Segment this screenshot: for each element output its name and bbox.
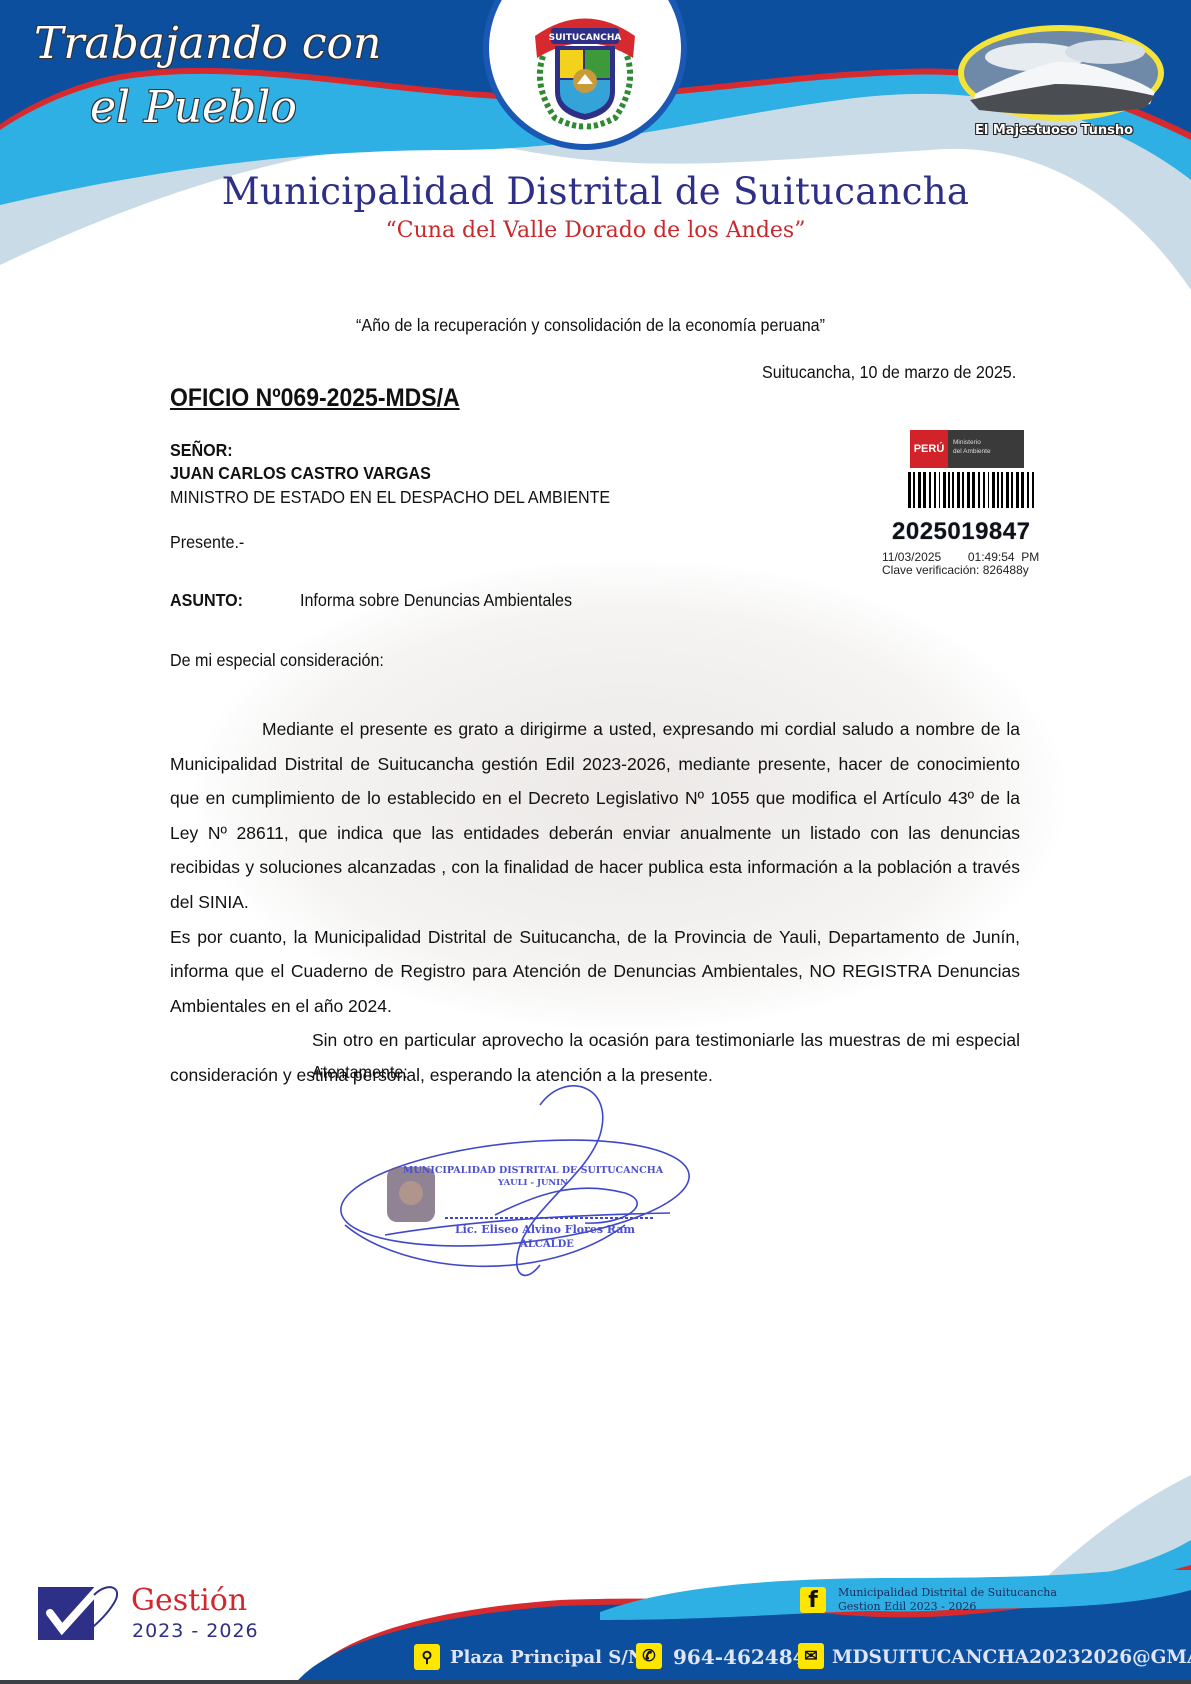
- svg-text:YAULI - JUNIN: YAULI - JUNIN: [497, 1178, 568, 1188]
- email-icon: ✉: [798, 1643, 824, 1669]
- ministry-logo: PERÚ Ministerio del Ambiente: [910, 430, 1024, 468]
- gestion-years: 2023 - 2026: [132, 1620, 259, 1642]
- institution-motto: “Cuna del Valle Dorado de los Andes”: [0, 218, 1191, 243]
- svg-text:SUITUCANCHA: SUITUCANCHA: [549, 33, 622, 43]
- verification-key: Clave verificación: 826488y: [882, 563, 1029, 577]
- institution-name: Municipalidad Distrital de Suitucancha: [0, 170, 1191, 213]
- header-slogan-line1: Trabajando con: [34, 22, 381, 66]
- gestion-label: Gestión: [131, 1583, 247, 1618]
- bottom-border: [0, 1680, 1191, 1684]
- subject-label: ASUNTO:: [170, 590, 243, 611]
- presente-line: Presente.-: [170, 532, 244, 553]
- peru-label: PERÚ: [910, 430, 948, 468]
- subject-value: Informa sobre Denuncias Ambientales: [300, 590, 572, 611]
- address: Plaza Principal S/N: [450, 1647, 644, 1668]
- mountain-photo: [955, 22, 1167, 124]
- place-date: Suitucancha, 10 de marzo de 2025.: [762, 362, 1016, 383]
- email-address[interactable]: MDSUITUCANCHA20232026@GMAIL.COM: [832, 1647, 1191, 1668]
- mountain-caption: El Majestuoso Tunsho: [975, 123, 1133, 138]
- signature-stamp: MUNICIPALIDAD DISTRITAL DE SUITUCANCHA Y…: [325, 1075, 705, 1290]
- svg-text:Lic. Eliseo Alvino Flores Ram: Lic. Eliseo Alvino Flores Ram: [455, 1223, 635, 1236]
- recipient-name: JUAN CARLOS CASTRO VARGAS: [170, 463, 431, 484]
- body-paragraph-1: Mediante el presente es grato a dirigirm…: [170, 712, 1020, 920]
- facebook-icon[interactable]: f: [800, 1587, 826, 1613]
- municipal-crest-logo: SUITUCANCHA: [515, 6, 655, 134]
- header-slogan-line2: el Pueblo: [90, 86, 297, 130]
- barcode: [908, 472, 1038, 508]
- gestion-check-logo: [38, 1585, 121, 1640]
- recipient-title: MINISTRO DE ESTADO EN EL DESPACHO DEL AM…: [170, 487, 610, 508]
- reception-stamp: PERÚ Ministerio del Ambiente 2025019847 …: [880, 430, 1070, 580]
- greeting: De mi especial consideración:: [170, 650, 384, 671]
- location-pin-icon: ⚲: [414, 1644, 440, 1670]
- oficio-number: OFICIO Nº069-2025-MDS/A: [170, 384, 460, 413]
- registry-number: 2025019847: [892, 518, 1030, 546]
- ministry-label: Ministerio del Ambiente: [948, 430, 1024, 468]
- year-motto: “Año de la recuperación y consolidación …: [356, 315, 825, 336]
- body-paragraph-2: Es por cuanto, la Municipalidad Distrita…: [170, 920, 1020, 1024]
- phone-number[interactable]: 964-462484: [673, 1645, 807, 1669]
- svg-text:ALCALDE: ALCALDE: [519, 1239, 574, 1250]
- letter-body: Mediante el presente es grato a dirigirm…: [170, 712, 1020, 1093]
- salutation-label: SEÑOR:: [170, 440, 233, 461]
- phone-icon: ✆: [636, 1643, 662, 1669]
- svg-text:MUNICIPALIDAD DISTRITAL DE SUI: MUNICIPALIDAD DISTRITAL DE SUITUCANCHA: [403, 1165, 664, 1176]
- registry-datetime: 11/03/2025 01:49:54 PM: [882, 550, 1039, 564]
- facebook-page-name[interactable]: Municipalidad Distrital de Suitucancha G…: [838, 1586, 1057, 1614]
